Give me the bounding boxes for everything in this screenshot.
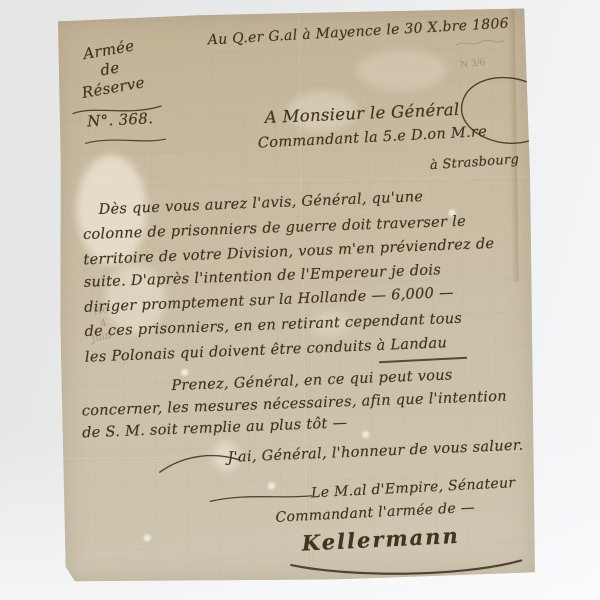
paper-speck — [144, 534, 151, 541]
photo-background: Au Q.er G.al à Mayence le 30 X.bre 1806 … — [0, 0, 600, 600]
army-line: Réserve — [81, 73, 147, 103]
calligraphic-loop — [444, 63, 560, 157]
landau-underline — [379, 357, 467, 363]
signature-title-1: Le M.al d'Empire, Sénateur — [311, 475, 516, 501]
paper-stain — [356, 50, 447, 91]
closing-line: J'ai, Général, l'honneur de vous saluer. — [227, 438, 523, 466]
body-line: Dès que vous aurez l'avis, Général, qu'u… — [98, 189, 423, 218]
paper-speck — [181, 369, 188, 376]
registry-number: N°. 368. — [87, 109, 154, 130]
signature-underline-flourish — [289, 557, 527, 581]
signature-name: Kellermann — [301, 523, 460, 556]
pencil-note-line: Juin — [90, 328, 115, 346]
letter-paper: Au Q.er G.al à Mayence le 30 X.bre 1806 … — [56, 8, 537, 583]
army-corps-annotation: Armée de Réserve — [74, 36, 146, 103]
body-line: concerner, les mesures nécessaires, afin… — [82, 389, 508, 420]
paper-speck — [362, 431, 369, 438]
body-line: Prenez, Général, en ce qui peut vous — [171, 367, 453, 394]
body-line: de S. M. soit remplie au plus tôt — — [82, 415, 348, 441]
pencil-scribble — [454, 35, 506, 52]
flourish-underline — [83, 134, 169, 147]
signature-flourish-line — [208, 490, 314, 506]
paper-speck — [268, 482, 275, 489]
